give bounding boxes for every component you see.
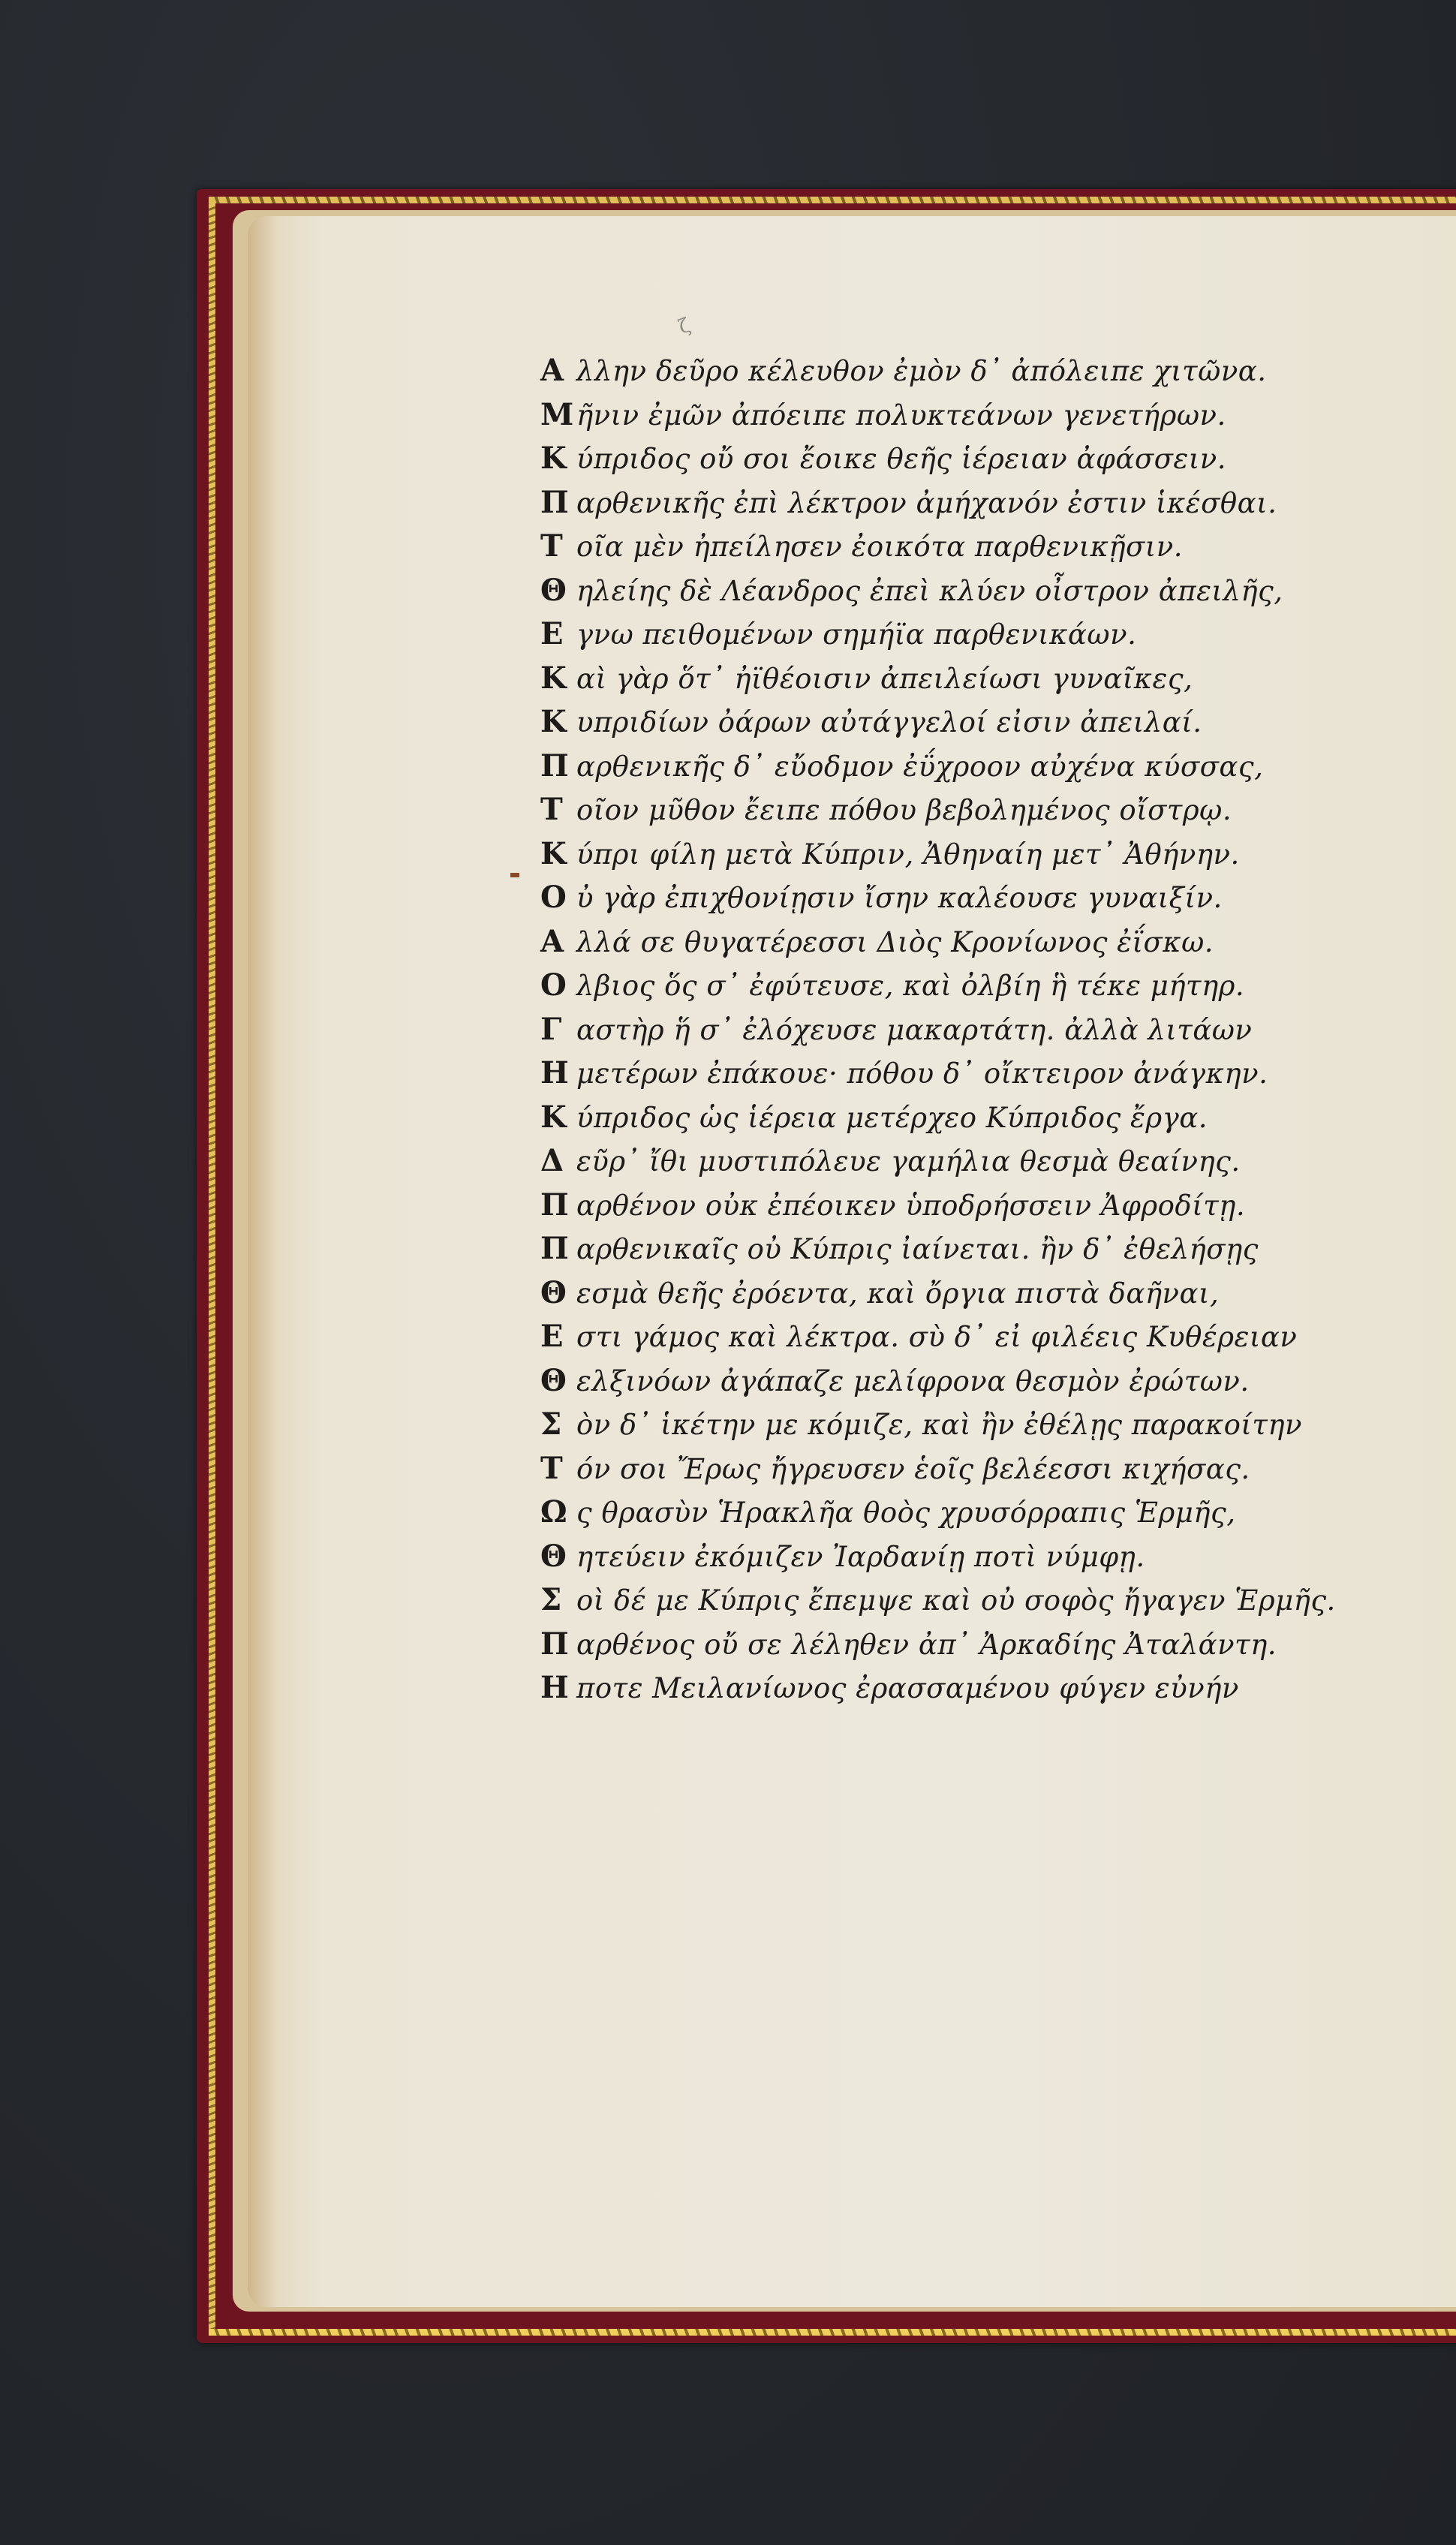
verse-initial: Θ xyxy=(540,1363,576,1398)
verse-initial: Τ xyxy=(540,792,576,827)
verse-text: ῆνιν ἐμῶν ἀπόειπε πολυκτεάνων γενετήρων. xyxy=(576,399,1226,432)
verse-text: ελξινόων ἀγάπαζε μελίφρονα θεσμὸν ἐρώτων… xyxy=(576,1365,1250,1397)
verse-initial: Θ xyxy=(540,1539,576,1574)
verse-line: Μῆνιν ἐμῶν ἀπόειπε πολυκτεάνων γενετήρων… xyxy=(540,397,1456,441)
verse-line: Εγνω πειθομένων σημήϊα παρθενικάων. xyxy=(540,616,1456,660)
verse-line: Τόν σοι Ἔρως ἤγρευσεν ἑοῖς βελέεσσι κιχή… xyxy=(540,1451,1456,1495)
verse-initial: Ε xyxy=(540,1319,576,1354)
verse-initial: Τ xyxy=(540,528,576,564)
verse-line: Θηλείης δὲ Λέανδρος ἐπεὶ κλύεν οἶστρον ἀ… xyxy=(540,573,1456,617)
verse-line: Δεῦρ᾽ ἴθι μυστιπόλευε γαμήλια θεσμὰ θεαί… xyxy=(540,1143,1456,1187)
verse-line: Σὸν δ᾽ ἱκέτην με κόμιζε, καὶ ἢν ἐθέλῃς π… xyxy=(540,1406,1456,1451)
verse-text: αρθενικῆς ἐπὶ λέκτρον ἀμήχανόν ἐστιν ἱκέ… xyxy=(576,487,1277,519)
verse-line: Εστι γάμος καὶ λέκτρα. σὺ δ᾽ εἰ φιλέεις … xyxy=(540,1319,1456,1363)
verse-text: εῦρ᾽ ἴθι μυστιπόλευε γαμήλια θεσμὰ θεαίν… xyxy=(576,1145,1241,1178)
verse-text: λλην δεῦρο κέλευθον ἐμὸν δ᾽ ἀπόλειπε χιτ… xyxy=(576,355,1267,387)
verse-line: Παρθενικαῖς οὐ Κύπρις ἰαίνεται. ἢν δ᾽ ἐθ… xyxy=(540,1231,1456,1275)
verse-text: στι γάμος καὶ λέκτρα. σὺ δ᾽ εἰ φιλέεις Κ… xyxy=(576,1321,1297,1353)
verse-text: ηλείης δὲ Λέανδρος ἐπεὶ κλύεν οἶστρον ἀπ… xyxy=(576,575,1283,607)
verse-text: ύπρι φίλη μετὰ Κύπριν, Ἀθηναίη μετ᾽ Ἀθήν… xyxy=(576,838,1240,871)
verse-text: λλά σε θυγατέρεσσι Διὸς Κρονίωνος ἐΐσκω. xyxy=(576,926,1214,958)
verse-line: Θεσμὰ θεῆς ἐρόεντα, καὶ ὄργια πιστὰ δαῆν… xyxy=(540,1275,1456,1319)
verse-text: αστὴρ ἥ σ᾽ ἐλόχευσε μακαρτάτη. ἀλλὰ λιτά… xyxy=(576,1014,1252,1046)
verse-text: ητεύειν ἐκόμιζεν Ἰαρδανίῃ ποτὶ νύμφῃ. xyxy=(576,1541,1145,1573)
verse-initial: Η xyxy=(540,1055,576,1090)
verse-line: Κύπρι φίλη μετὰ Κύπριν, Ἀθηναίη μετ᾽ Ἀθή… xyxy=(540,836,1456,880)
verse-text: αρθένος οὔ σε λέληθεν ἀπ᾽ Ἀρκαδίης Ἀταλά… xyxy=(576,1629,1277,1661)
verse-line: Ηποτε Μειλανίωνος ἐρασσαμένου φύγεν εὐνή… xyxy=(540,1670,1456,1714)
verse-line: Αλλά σε θυγατέρεσσι Διὸς Κρονίωνος ἐΐσκω… xyxy=(540,924,1456,968)
verse-line: Παρθένον οὐκ ἐπέοικεν ὑποδρήσσειν Ἀφροδί… xyxy=(540,1187,1456,1232)
verse-initial: Π xyxy=(540,1231,576,1266)
verse-initial: Δ xyxy=(540,1143,576,1178)
verse-line: Παρθενικῆς ἐπὶ λέκτρον ἀμήχανόν ἐστιν ἱκ… xyxy=(540,485,1456,529)
verse-initial: Ε xyxy=(540,616,576,651)
verse-initial: Γ xyxy=(540,1012,576,1047)
verse-initial: Α xyxy=(540,353,576,388)
verse-line: Θητεύειν ἐκόμιζεν Ἰαρδανίῃ ποτὶ νύμφῃ. xyxy=(540,1539,1456,1583)
verse-text: οὶ δέ με Κύπρις ἔπεμψε καὶ οὐ σοφὸς ἤγαγ… xyxy=(576,1584,1336,1617)
verse-line: Κυπριδίων ὀάρων αὐτάγγελοί εἰσιν ἀπειλαί… xyxy=(540,704,1456,748)
verse-text: ὐ γὰρ ἐπιχθονίῃσιν ἴσην καλέουσε γυναιξί… xyxy=(576,882,1223,914)
verse-initial: Κ xyxy=(540,660,576,696)
verse-text: ς θρασὺν Ἡρακλῆα θοὸς χρυσόρραπις Ἑρμῆς, xyxy=(576,1497,1235,1529)
verse-line: Παρθένος οὔ σε λέληθεν ἀπ᾽ Ἀρκαδίης Ἀταλ… xyxy=(540,1626,1456,1671)
verse-line: Ημετέρων ἐπάκουε· πόθου δ᾽ οἴκτειρον ἀνά… xyxy=(540,1055,1456,1100)
verse-initial: Π xyxy=(540,1187,576,1223)
verse-initial: Π xyxy=(540,485,576,520)
verse-initial: Ο xyxy=(540,967,576,1003)
verse-initial: Θ xyxy=(540,1275,576,1310)
verse-text: αρθενικαῖς οὐ Κύπρις ἰαίνεται. ἢν δ᾽ ἐθε… xyxy=(576,1233,1259,1265)
verse-initial: Α xyxy=(540,924,576,959)
verse-initial: Κ xyxy=(540,1100,576,1135)
verse-line: Οὐ γὰρ ἐπιχθονίῃσιν ἴσην καλέουσε γυναιξ… xyxy=(540,880,1456,924)
verse-text: όν σοι Ἔρως ἤγρευσεν ἑοῖς βελέεσσι κιχήσ… xyxy=(576,1453,1250,1485)
verse-initial: Κ xyxy=(540,836,576,871)
verse-text: υπριδίων ὀάρων αὐτάγγελοί εἰσιν ἀπειλαί. xyxy=(576,706,1202,739)
verse-line: Ως θρασὺν Ἡρακλῆα θοὸς χρυσόρραπις Ἑρμῆς… xyxy=(540,1494,1456,1539)
verse-initial: Μ xyxy=(540,397,576,432)
verse-text: ποτε Μειλανίωνος ἐρασσαμένου φύγεν εὐνήν xyxy=(576,1672,1239,1704)
verse-line: Γαστὴρ ἥ σ᾽ ἐλόχευσε μακαρτάτη. ἀλλὰ λιτ… xyxy=(540,1012,1456,1056)
margin-mark xyxy=(510,873,519,877)
verse-initial: Σ xyxy=(540,1406,576,1442)
verse-initial: Θ xyxy=(540,573,576,608)
verse-initial: Σ xyxy=(540,1582,576,1617)
verse-line: Κύπριδος ὡς ἱέρεια μετέρχεο Κύπριδος ἔργ… xyxy=(540,1100,1456,1144)
verse-text: αρθένον οὐκ ἐπέοικεν ὑποδρήσσειν Ἀφροδίτ… xyxy=(576,1190,1245,1222)
verse-line: Θελξινόων ἀγάπαζε μελίφρονα θεσμὸν ἐρώτω… xyxy=(540,1363,1456,1407)
verse-line: Παρθενικῆς δ᾽ εὔοδμον ἐΰχροον αὐχένα κύσ… xyxy=(540,748,1456,793)
verse-text: λβιος ὅς σ᾽ ἐφύτευσε, καὶ ὀλβίη ἣ τέκε μ… xyxy=(576,970,1244,1002)
verse-line: Τοῖον μῦθον ἔειπε πόθου βεβολημένος οἴστ… xyxy=(540,792,1456,836)
verse-line: Κύπριδος οὔ σοι ἔοικε θεῆς ἱέρειαν ἀφάσσ… xyxy=(540,441,1456,485)
verse-initial: Κ xyxy=(540,704,576,739)
verse-text: εσμὰ θεῆς ἐρόεντα, καὶ ὄργια πιστὰ δαῆνα… xyxy=(576,1277,1219,1310)
verse-line: Καὶ γὰρ ὅτ᾽ ἠϊθέοισιν ἀπειλείωσι γυναῖκε… xyxy=(540,660,1456,705)
verse-text: γνω πειθομένων σημήϊα παρθενικάων. xyxy=(576,618,1136,651)
verse-line: Ολβιος ὅς σ᾽ ἐφύτευσε, καὶ ὀλβίη ἣ τέκε … xyxy=(540,967,1456,1012)
verse-text: ύπριδος ὡς ἱέρεια μετέρχεο Κύπριδος ἔργα… xyxy=(576,1102,1208,1134)
verse-line: Σοὶ δέ με Κύπρις ἔπεμψε καὶ οὐ σοφὸς ἤγα… xyxy=(540,1582,1456,1626)
gilt-rope-border-bottom xyxy=(209,2329,1456,2336)
verse-text: μετέρων ἐπάκουε· πόθου δ᾽ οἴκτειρον ἀνάγ… xyxy=(576,1057,1268,1090)
verse-text: οῖον μῦθον ἔειπε πόθου βεβολημένος οἴστρ… xyxy=(576,794,1232,826)
verse-text: οῖα μὲν ἠπείλησεν ἐοικότα παρθενικῇσιν. xyxy=(576,531,1183,563)
verse-line: Τοῖα μὲν ἠπείλησεν ἐοικότα παρθενικῇσιν. xyxy=(540,528,1456,573)
verse-initial: Ω xyxy=(540,1494,576,1530)
verse-text: αὶ γὰρ ὅτ᾽ ἠϊθέοισιν ἀπειλείωσι γυναῖκες… xyxy=(576,663,1193,695)
verse-initial: Π xyxy=(540,1626,576,1662)
verse-text: ὸν δ᾽ ἱκέτην με κόμιζε, καὶ ἢν ἐθέλῃς πα… xyxy=(576,1409,1302,1441)
verse-text: ύπριδος οὔ σοι ἔοικε θεῆς ἱέρειαν ἀφάσσε… xyxy=(576,443,1226,475)
verse-initial: Η xyxy=(540,1670,576,1705)
verse-line: Αλλην δεῦρο κέλευθον ἐμὸν δ᾽ ἀπόλειπε χι… xyxy=(540,353,1456,397)
verse-initial: Π xyxy=(540,748,576,784)
verse-text: αρθενικῆς δ᾽ εὔοδμον ἐΰχροον αὐχένα κύσσ… xyxy=(576,751,1263,783)
verse-initial: Τ xyxy=(540,1451,576,1486)
greek-verse-text: Αλλην δεῦρο κέλευθον ἐμὸν δ᾽ ἀπόλειπε χι… xyxy=(540,353,1456,1714)
verse-initial: Ο xyxy=(540,880,576,915)
verse-initial: Κ xyxy=(540,441,576,476)
